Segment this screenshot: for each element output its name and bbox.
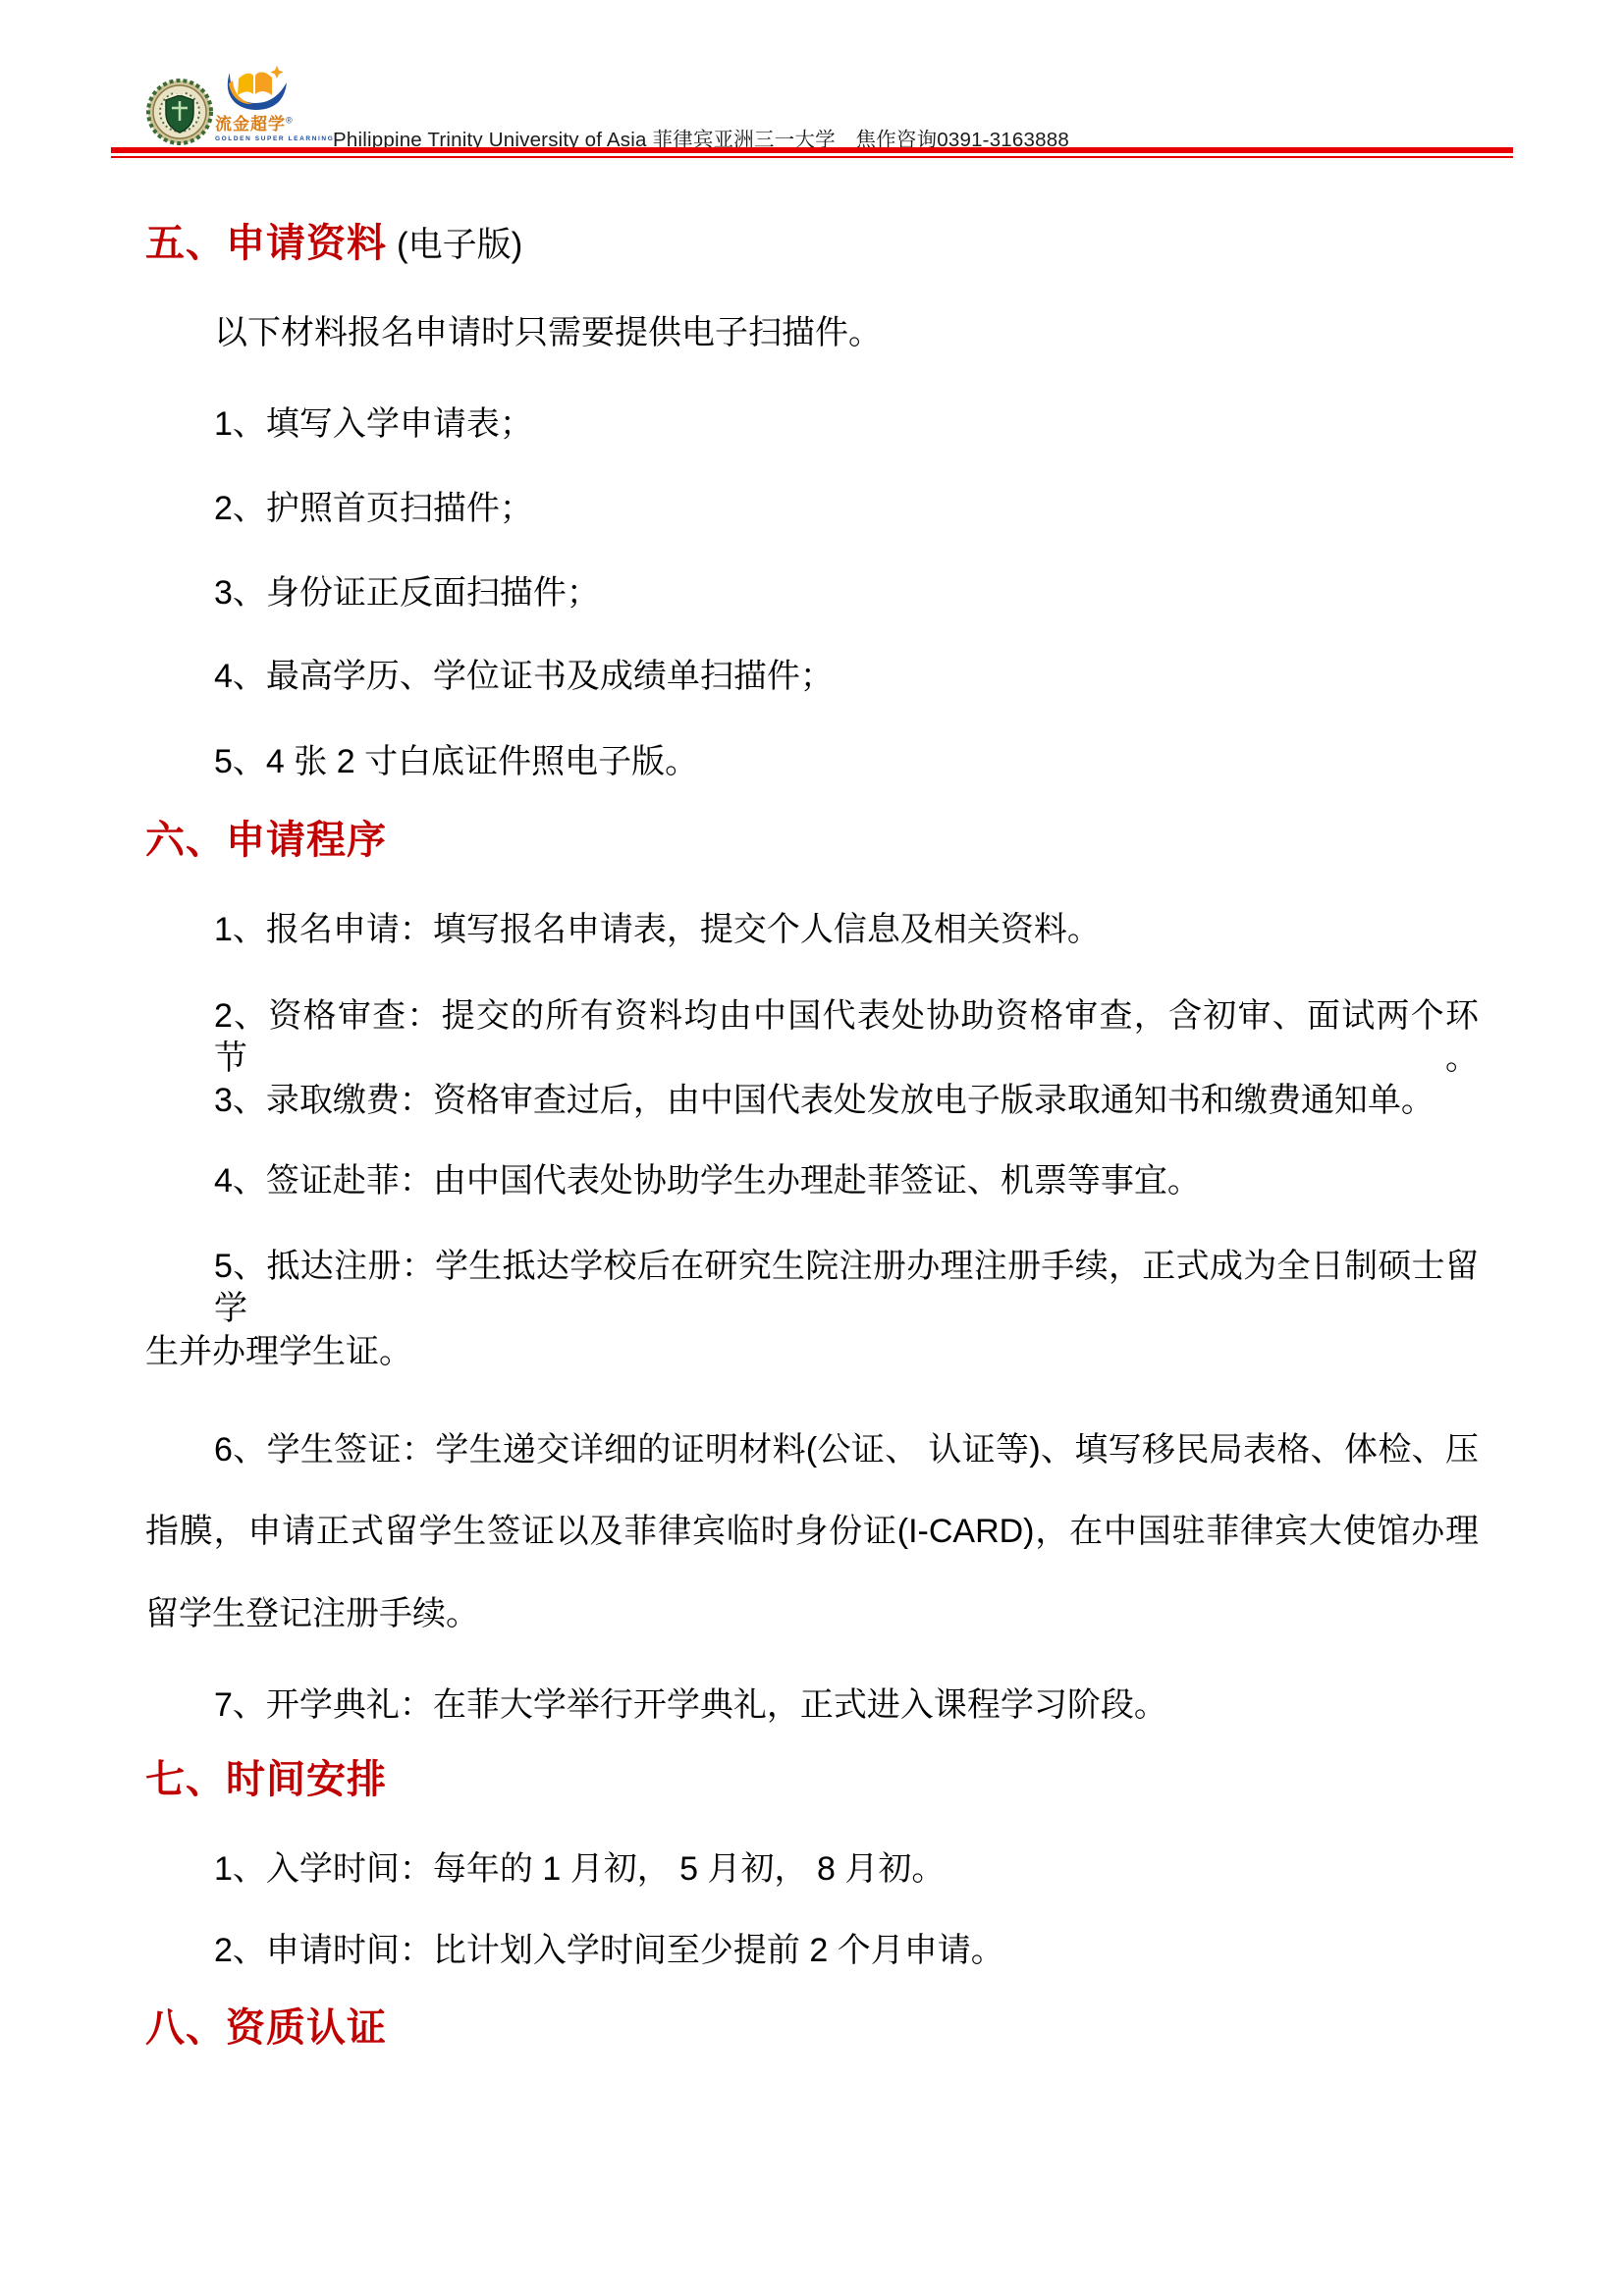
list-item: 1、填写入学申请表； xyxy=(214,403,533,446)
section-heading-6: 六、申请程序 xyxy=(145,817,387,864)
list-item-continuation: 指膜，申请正式留学生签证以及菲律宾临时身份证(I-CARD)，在中国驻菲律宾大使… xyxy=(145,1511,1479,1553)
section-heading-5: 五、申请资料(电子版) xyxy=(145,220,522,267)
list-item: 3、身份证正反面扫描件； xyxy=(214,572,600,614)
section-heading-7: 七、时间安排 xyxy=(145,1756,387,1803)
list-item: 1、入学时间：每年的 1 月初， 5 月初， 8 月初。 xyxy=(214,1848,945,1891)
list-item: 6、学生签证：学生递交详细的证明材料(公证、 认证等)、填写移民局表格、体检、压 xyxy=(214,1429,1479,1471)
list-item: 2、资格审查：提交的所有资料均由中国代表处协助资格审查，含初审、面试两个环节。 xyxy=(214,995,1479,1079)
brand-name: 流金超学® xyxy=(215,116,292,134)
list-item: 2、申请时间：比计划入学时间至少提前 2 个月申请。 xyxy=(214,1930,1004,1972)
registered-trademark-icon: ® xyxy=(286,115,294,125)
list-item: 2、护照首页扫描件； xyxy=(214,488,533,530)
document-page: 流金超学® GOLDEN SUPER LEARNING Philippine T… xyxy=(0,0,1624,2296)
section-5-intro: 以下材料报名申请时只需要提供电子扫描件。 xyxy=(214,312,882,354)
brand-logo: 流金超学® GOLDEN SUPER LEARNING xyxy=(215,65,292,143)
list-item: 5、4 张 2 寸白底证件照电子版。 xyxy=(214,741,698,783)
list-item: 7、开学典礼：在菲大学举行开学典礼，正式进入课程学习阶段。 xyxy=(214,1684,1167,1727)
list-item: 5、抵达注册：学生抵达学校后在研究生院注册办理注册手续，正式成为全日制硕士留学 xyxy=(214,1246,1479,1329)
brand-subtitle: GOLDEN SUPER LEARNING xyxy=(215,135,292,143)
list-item: 4、最高学历、学位证书及成绩单扫描件； xyxy=(214,656,834,698)
header-divider xyxy=(111,147,1513,158)
list-item: 4、签证赴菲：由中国代表处协助学生办理赴菲签证、机票等事宜。 xyxy=(214,1160,1201,1202)
brand-name-text: 流金超学 xyxy=(215,115,286,133)
section-heading-5-suffix: (电子版) xyxy=(397,226,522,264)
section-heading-5-text: 五、申请资料 xyxy=(145,222,387,265)
list-item: 1、报名申请：填写报名申请表，提交个人信息及相关资料。 xyxy=(214,909,1101,951)
list-item-continuation: 生并办理学生证。 xyxy=(145,1331,412,1373)
golden-learning-logo-icon xyxy=(218,65,289,116)
list-item: 3、录取缴费：资格审查过后，由中国代表处发放电子版录取通知书和缴费通知单。 xyxy=(214,1080,1435,1122)
section-heading-8: 八、资质认证 xyxy=(145,2004,387,2052)
university-seal-icon xyxy=(145,69,214,153)
list-item-continuation: 留学生登记注册手续。 xyxy=(145,1593,479,1635)
